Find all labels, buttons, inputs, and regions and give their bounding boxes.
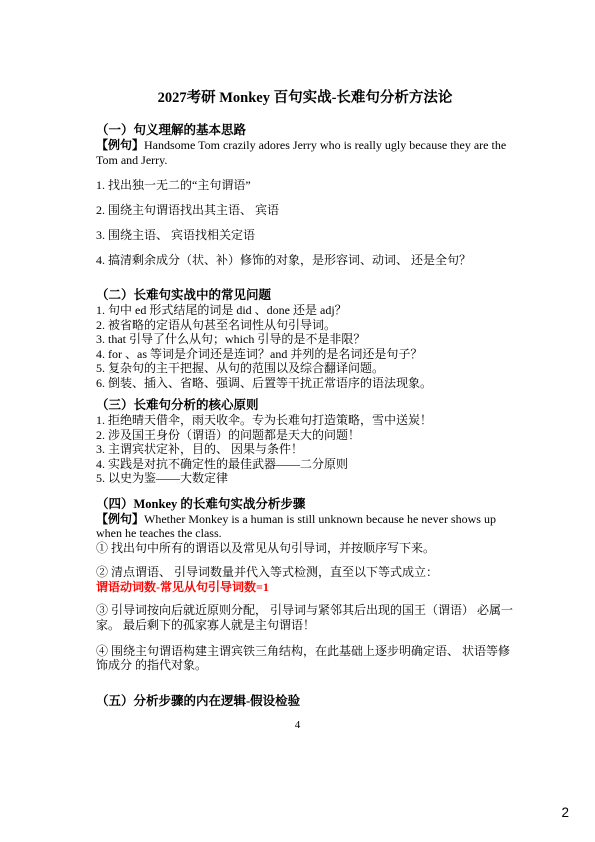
list-item: 4. 搞清剩余成分（状、补）修饰的对象，是形容词、动词、 还是全句？ <box>96 253 514 268</box>
page-title: 2027考研 Monkey 百句实战-长难句分析方法论 <box>96 90 514 107</box>
section-analysis-steps: （四）Monkey 的长难句实战分析步骤 【例句】Whether Monkey … <box>96 497 514 673</box>
list-item: 1. 找出独一无二的“主句谓语” <box>96 178 514 193</box>
example-sentence: 【例句】Handsome Tom crazily adores Jerry wh… <box>96 138 514 168</box>
example-label: 【例句】 <box>96 138 144 152</box>
section-heading: （五）分析步骤的内在逻辑-假设检验 <box>96 694 514 709</box>
step-item: ③ 引导词按向后就近原则分配， 引导词与紧邻其后出现的国王（谓语） 必属一家。 … <box>96 603 514 632</box>
document-page-number: 4 <box>0 719 595 732</box>
step-item: ④ 围绕主句谓语构建主谓宾铁三角结构，在此基础上逐步明确定语、 状语等修饰成分 … <box>96 644 514 673</box>
list-item: 3. 主谓宾状定补，目的、 因果与条件！ <box>96 442 514 457</box>
document-page: 2027考研 Monkey 百句实战-长难句分析方法论 （一）句义理解的基本思路… <box>0 0 595 842</box>
list-item: 5. 复杂句的主干把握、从句的范围以及综合翻译问题。 <box>96 361 514 376</box>
example-sentence: 【例句】Whether Monkey is a human is still u… <box>96 512 514 541</box>
step-item: ① 找出句中所有的谓语以及常见从句引导词，并按顺序写下来。 <box>96 541 514 556</box>
section-common-problems: （二）长难句实战中的常见问题 1. 句中 ed 形式结尾的词是 did 、don… <box>96 288 514 390</box>
section-sentence-meaning: （一）句义理解的基本思路 【例句】Handsome Tom crazily ad… <box>96 123 514 268</box>
example-text: Whether Monkey is a human is still unkno… <box>96 512 496 541</box>
section-heading: （二）长难句实战中的常见问题 <box>96 288 514 303</box>
section-inner-logic: （五）分析步骤的内在逻辑-假设检验 <box>96 694 514 709</box>
list-item: 1. 拒绝晴天借伞，雨天收伞。专为长难句打造策略，雪中送炭！ <box>96 413 514 428</box>
list-item: 3. 围绕主语、 宾语找相关定语 <box>96 228 514 243</box>
section-heading: （四）Monkey 的长难句实战分析步骤 <box>96 497 514 512</box>
example-label: 【例句】 <box>96 512 144 526</box>
list-item: 5. 以史为鉴——大数定律 <box>96 471 514 486</box>
list-item: 2. 被省略的定语从句甚至名词性从句引导词。 <box>96 318 514 333</box>
section-heading: （一）句义理解的基本思路 <box>96 123 514 138</box>
list-item: 4. 实践是对抗不确定性的最佳武器——二分原则 <box>96 457 514 472</box>
list-item: 3. that 引导了什么从句；which 引导的是不是非限？ <box>96 332 514 347</box>
list-item: 4. for 、as 等词是介词还是连词？and 并列的是名词还是句子？ <box>96 347 514 362</box>
highlight-equation: 谓语动词数-常见从句引导词数=1 <box>96 580 514 595</box>
section-heading: （三）长难句分析的核心原则 <box>96 398 514 413</box>
list-item: 1. 句中 ed 形式结尾的词是 did 、done 还是 adj？ <box>96 303 514 318</box>
document-content: 2027考研 Monkey 百句实战-长难句分析方法论 （一）句义理解的基本思路… <box>96 90 514 709</box>
outer-page-number: 2 <box>561 805 569 820</box>
example-text: Handsome Tom crazily adores Jerry who is… <box>96 138 506 167</box>
list-item: 6. 倒装、插入、省略、强调、后置等干扰正常语序的语法现象。 <box>96 376 514 391</box>
list-item: 2. 围绕主句谓语找出其主语、 宾语 <box>96 203 514 218</box>
list-item: 2. 涉及国王身份（谓语）的问题都是天大的问题！ <box>96 428 514 443</box>
step-item: ② 清点谓语、 引导词数量并代入等式检测，直至以下等式成立： <box>96 565 514 580</box>
section-core-principles: （三）长难句分析的核心原则 1. 拒绝晴天借伞，雨天收伞。专为长难句打造策略，雪… <box>96 398 514 486</box>
